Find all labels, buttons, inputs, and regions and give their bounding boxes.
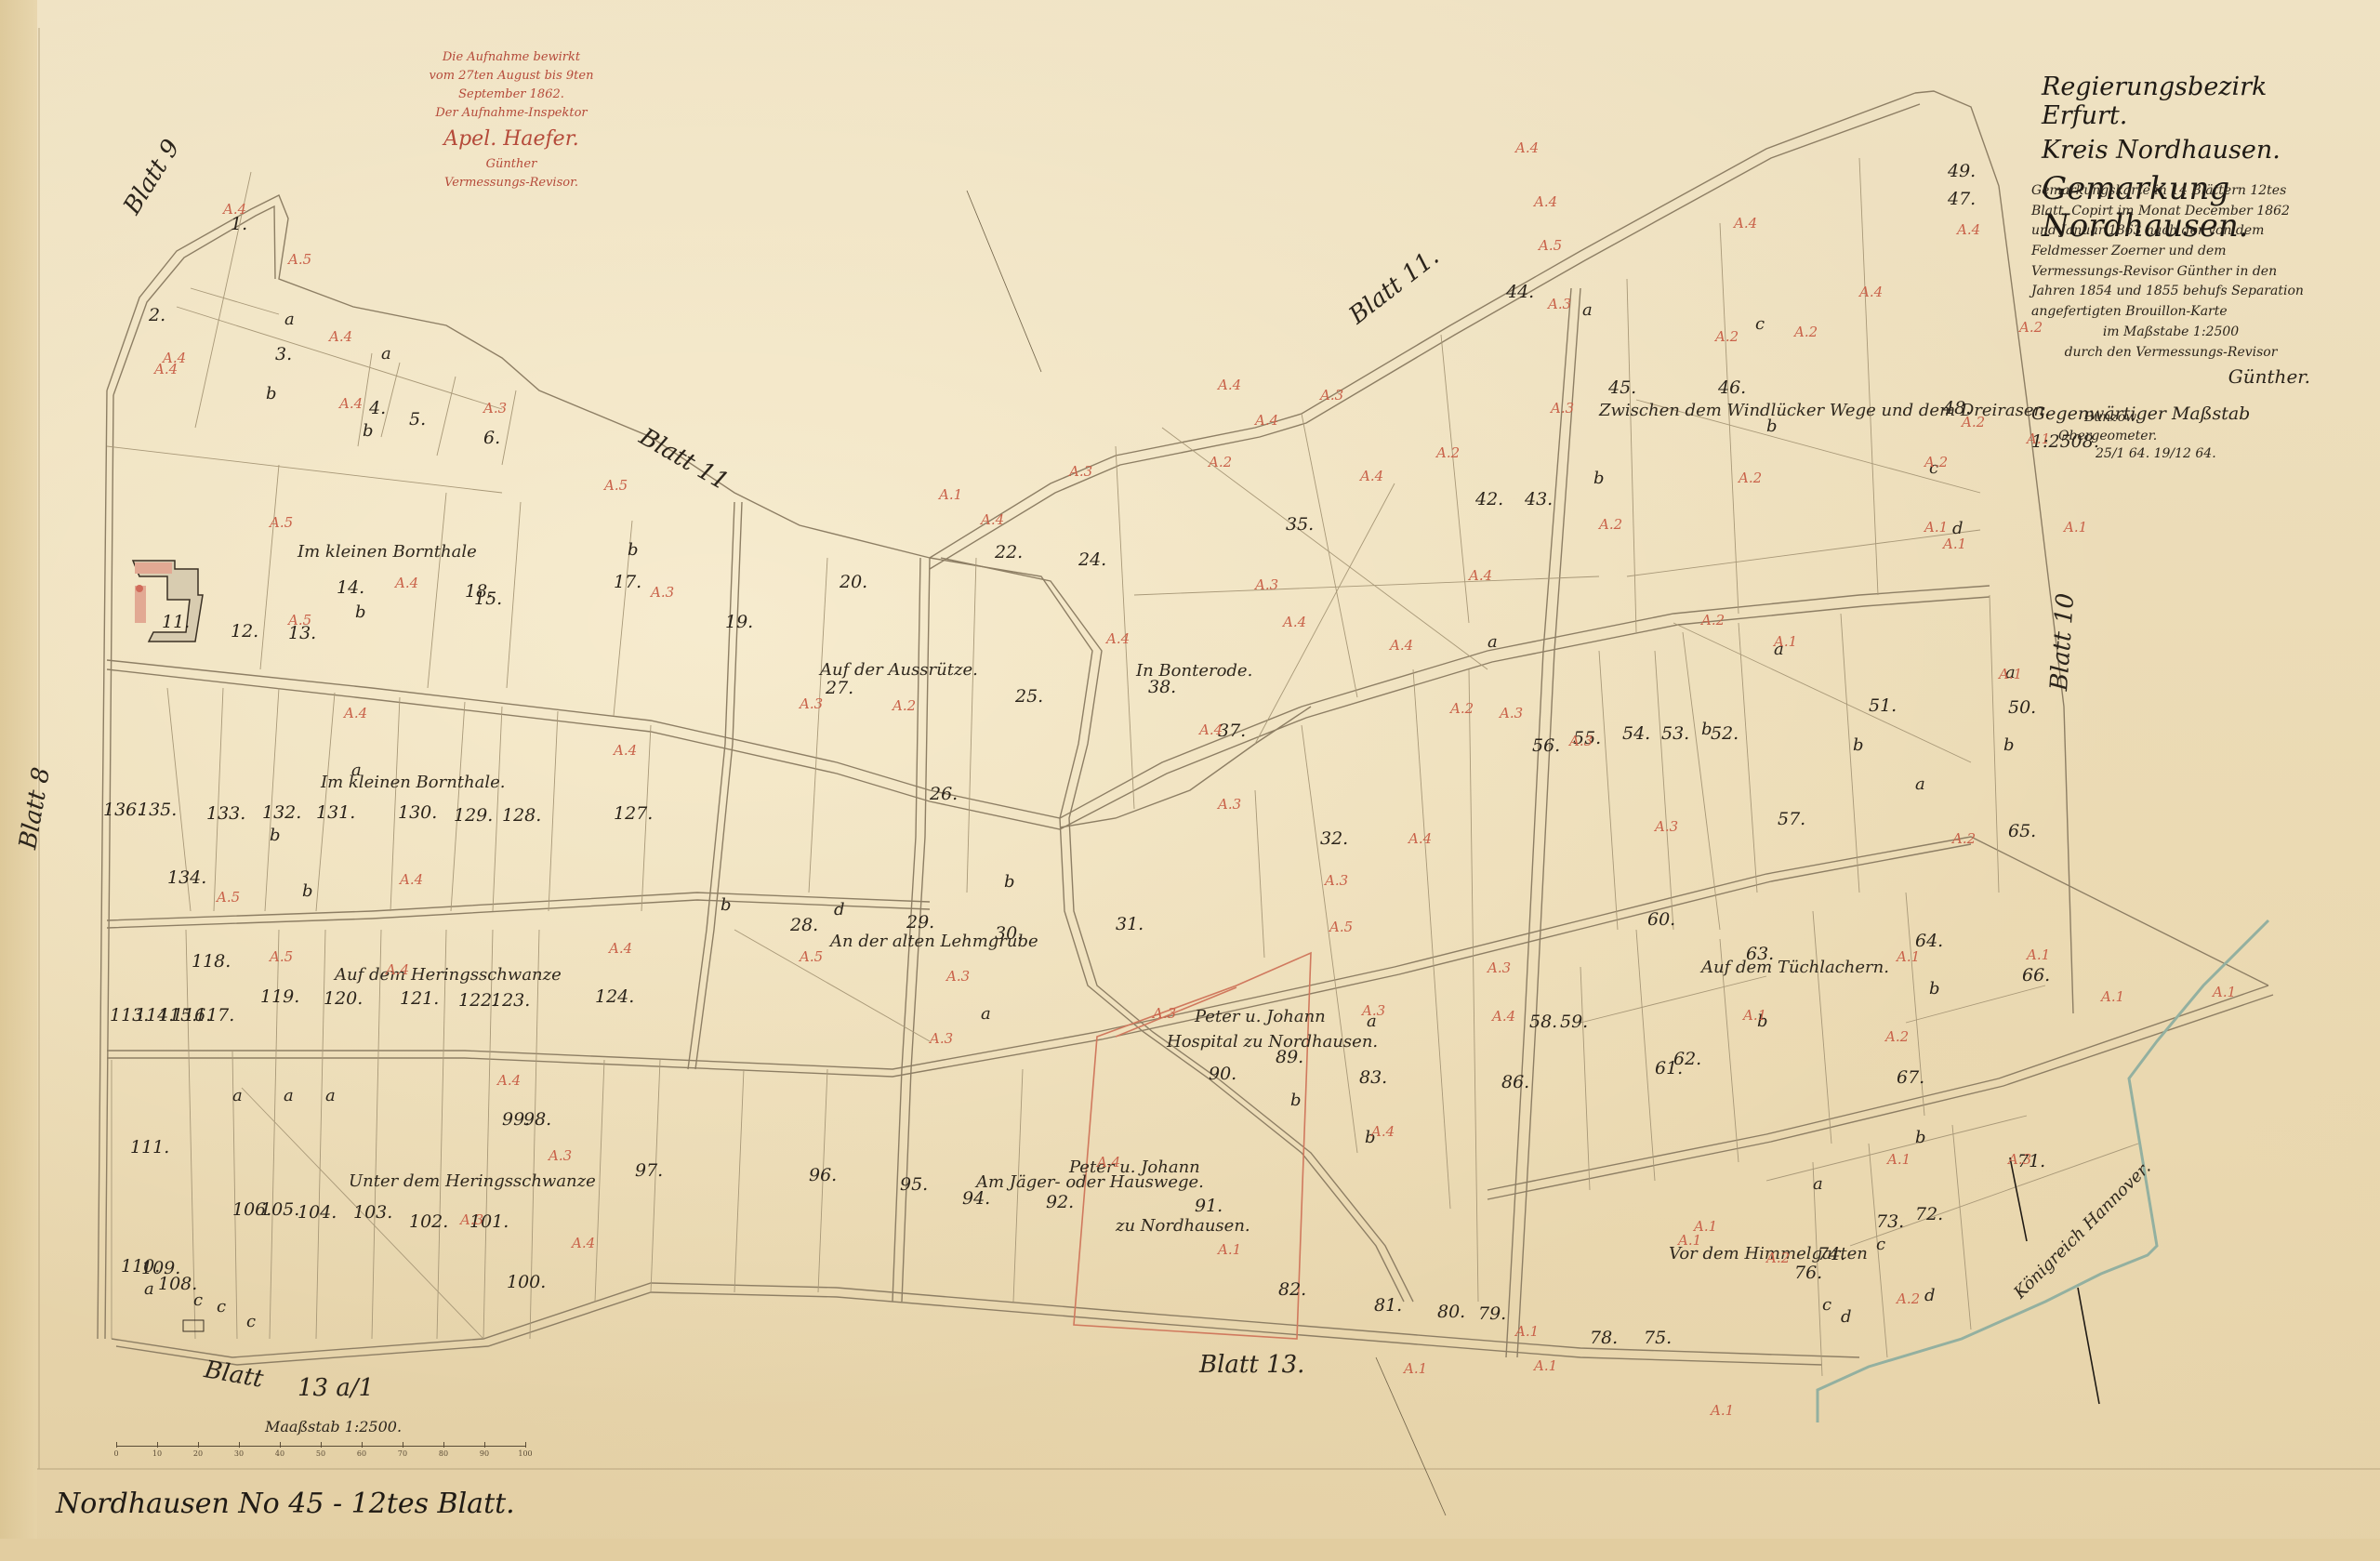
field-name-label: Auf der Aussrütze.: [820, 662, 978, 679]
parcel-number: 60.: [1647, 911, 1675, 929]
parcel-number: 81.: [1374, 1297, 1402, 1315]
parcel-number: 121.: [400, 990, 439, 1008]
parcel-number: 90.: [1209, 1065, 1236, 1083]
soil-class-mark: A.3: [1569, 734, 1593, 748]
parcel-number: 95.: [900, 1176, 928, 1194]
soil-class-mark: A.4: [609, 942, 632, 956]
parcel-subdivision-letter: b: [363, 423, 374, 440]
parcel-number: 52.: [1711, 725, 1739, 743]
soil-class-mark: A.3: [800, 697, 823, 711]
soil-class-mark: A.4: [1360, 470, 1383, 483]
parcel-number: 100.: [507, 1274, 546, 1291]
soil-class-mark: A.2: [1701, 614, 1725, 628]
parcel-number: 29.: [906, 914, 934, 932]
parcel-number: 49.: [1948, 163, 1976, 180]
parcel-number: 32.: [1320, 830, 1348, 848]
scale-tick-label: 60: [357, 1449, 366, 1458]
parcel-subdivision-letter: c: [1755, 316, 1765, 333]
soil-class-mark: A.2: [1599, 518, 1622, 532]
parcel-subdivision-letter: a: [1813, 1176, 1823, 1193]
parcel-number: 111.: [130, 1139, 169, 1157]
soil-class-mark: A.3: [549, 1149, 572, 1163]
scale-tick-label: 0: [113, 1449, 118, 1458]
parcel-number: 1.: [231, 216, 247, 233]
parcel-number: 43.: [1525, 491, 1553, 509]
soil-class-mark: A.3: [651, 586, 674, 600]
parcel-subdivision-letter: a: [351, 762, 362, 779]
soil-class-mark: A.4: [1492, 1010, 1515, 1024]
soil-class-mark: A.4: [400, 873, 423, 887]
notes-role: Obergeometer.: [2058, 428, 2216, 446]
soil-class-mark: A.4: [329, 330, 352, 344]
parcel-number: 96.: [809, 1167, 837, 1184]
parcel-number: 135.: [138, 801, 177, 819]
district-title: Regierungsbezirk Erfurt.: [2042, 73, 2320, 130]
parcel-subdivision-letter: b: [1593, 470, 1605, 487]
surveyor-signature: Günther.: [2031, 363, 2310, 391]
parcel-subdivision-letter: c: [1822, 1297, 1831, 1314]
parcel-number: 35.: [1286, 516, 1314, 534]
soil-class-mark: A.4: [1515, 141, 1539, 155]
parcel-number: 131.: [316, 804, 355, 822]
soil-class-mark: A.5: [270, 516, 293, 530]
soil-class-mark: A.1: [1774, 635, 1797, 649]
parcel-number: 136.: [103, 801, 142, 819]
parcel-number: 133.: [206, 805, 245, 823]
parcel-subdivision-letter: d: [834, 902, 845, 919]
soil-class-mark: A.3: [1548, 298, 1571, 311]
parcel-number: 62.: [1673, 1051, 1701, 1068]
parcel-subdivision-letter: c: [217, 1299, 226, 1316]
field-name-label: Im kleinen Bornthale: [297, 544, 477, 561]
scale-tick-label: 50: [316, 1449, 325, 1458]
soil-class-mark: A.4: [339, 397, 363, 411]
soil-class-mark: A.1: [1743, 1009, 1766, 1023]
parcel-number: 53.: [1661, 725, 1689, 743]
parcel-number: 56.: [1532, 737, 1560, 755]
stamp-line-1: Die Aufnahme bewirkt: [400, 48, 623, 67]
parcel-number: 4.: [369, 400, 386, 417]
parcel-number: 2.: [149, 307, 165, 324]
parcel-number: 106.: [232, 1201, 271, 1219]
soil-class-mark: A.4: [497, 1074, 521, 1088]
soil-class-mark: A.1: [2027, 948, 2050, 962]
stamp-line-2: vom 27ten August bis 9ten September 1862…: [400, 67, 623, 104]
neatline: [37, 28, 2380, 1469]
field-name-label: Am Jäger- oder Hauswege.: [976, 1174, 1204, 1191]
parcel-number: 31.: [1116, 916, 1144, 933]
parcel-subdivision-letter: a: [1915, 776, 1925, 793]
parcel-number: 102.: [409, 1213, 448, 1231]
parcel-number: 6.: [483, 430, 500, 447]
soil-class-mark: A.4: [223, 203, 246, 217]
soil-class-mark: A.1: [939, 488, 962, 502]
scale-tick-label: 20: [193, 1449, 203, 1458]
soil-class-mark: A.2: [1766, 1251, 1790, 1265]
scale-caption: Maaßstab 1:2500.: [265, 1418, 402, 1435]
soil-class-mark: A.2: [1794, 325, 1818, 339]
soil-class-mark: A.4: [386, 963, 409, 977]
parcel-number: 103.: [353, 1204, 392, 1222]
soil-class-mark: A.1: [1711, 1404, 1734, 1418]
soil-class-mark: A.3: [2008, 1153, 2031, 1167]
soil-class-mark: A.2: [1436, 446, 1460, 460]
parcel-number: 27.: [826, 680, 853, 697]
road-south-east: [1487, 986, 2268, 1190]
soil-class-mark: A.3: [483, 402, 507, 416]
stamp-line-6: Vermessungs-Revisor.: [400, 174, 623, 192]
scale-tick: [116, 1442, 117, 1448]
scale-tick-label: 40: [275, 1449, 284, 1458]
parcel-number: 14.: [337, 579, 364, 597]
soil-class-mark: A.2: [1885, 1030, 1909, 1044]
parcel-number: 82.: [1278, 1281, 1306, 1299]
parcel-subdivision-letter: a: [325, 1088, 336, 1105]
soil-class-mark: A.4: [1957, 223, 1980, 237]
notes-dates: 25/1 64. 19/12 64.: [2058, 445, 2216, 464]
parcel-number: 25.: [1015, 688, 1043, 706]
soil-class-mark: A.5: [800, 950, 823, 964]
soil-class-mark: A.4: [344, 707, 367, 721]
parcel-number: 45.: [1608, 379, 1636, 397]
parcel-number: 83.: [1359, 1069, 1387, 1087]
scale-tick: [321, 1442, 322, 1448]
parcel-number: 42.: [1475, 491, 1503, 509]
soil-class-mark: A.5: [217, 891, 240, 905]
parcel-number: 47.: [1948, 191, 1976, 208]
parcel-subdivision-letter: a: [381, 346, 391, 363]
soil-class-mark: A.1: [2213, 986, 2236, 999]
scale-tick: [484, 1442, 485, 1448]
soil-class-mark: A.4: [572, 1237, 595, 1250]
parcel-number: 17.: [614, 574, 641, 591]
scale-tick: [362, 1442, 363, 1448]
soil-class-mark: A.3: [1500, 707, 1523, 721]
parcel-subdivision-letter: a: [284, 1088, 294, 1105]
soil-class-mark: A.1: [2101, 990, 2124, 1004]
soil-class-mark: A.3: [930, 1032, 953, 1046]
water-boundary: [1818, 920, 2268, 1422]
parcel-number: 65.: [2008, 823, 2036, 840]
soil-class-mark: A.4: [1255, 414, 1278, 428]
description-text: Gemarkungskarte in 14 Blättern 12tes Bla…: [2031, 183, 2304, 319]
soil-class-mark: A.3: [1153, 1007, 1176, 1021]
scale-tick-label: 100: [518, 1449, 532, 1458]
parcel-number: 38.: [1148, 679, 1176, 696]
soil-class-mark: A.2: [1897, 1292, 1920, 1306]
stamp-line-3: Der Aufnahme-Inspektor: [400, 104, 623, 123]
parcel-subdivision-letter: a: [284, 311, 295, 328]
parcel-number: 129.: [454, 807, 493, 825]
parcel-number: 18.: [465, 583, 493, 601]
soil-class-mark: A.4: [1859, 285, 1883, 299]
parcel-subdivision-letter: c: [193, 1292, 203, 1309]
parcel-subdivision-letter: a: [1582, 302, 1593, 319]
scale-tick-label: 30: [234, 1449, 244, 1458]
soil-class-mark: A.1: [2064, 521, 2087, 535]
soil-class-mark: A.5: [288, 253, 311, 267]
survey-certification: Die Aufnahme bewirkt vom 27ten August bi…: [400, 48, 623, 192]
parcel-number: 12.: [231, 623, 258, 641]
soil-class-mark: A.4: [1218, 378, 1241, 392]
soil-class-mark: A.1: [1999, 668, 2022, 681]
notes-name: Bunzow.: [2058, 409, 2216, 428]
parcel-number: 91.: [1195, 1197, 1223, 1215]
parcel-subdivision-letter: b: [2003, 737, 2015, 754]
soil-class-mark: A.5: [288, 614, 311, 628]
soil-class-mark: A.1: [1943, 537, 1966, 551]
soil-class-mark: A.1: [1924, 521, 1948, 535]
parcel-subdivision-letter: b: [1701, 721, 1712, 738]
soil-class-mark: A.3: [1325, 874, 1348, 888]
parcel-number: 76.: [1794, 1264, 1822, 1282]
parcel-number: 24.: [1078, 551, 1106, 569]
soil-class-mark: A.4: [1534, 195, 1557, 209]
road-west-vertical: [98, 390, 107, 1339]
parcel-subdivision-letter: d: [1841, 1309, 1852, 1326]
parcel-number: 66.: [2022, 967, 2050, 985]
parcel-number: 94.: [962, 1190, 990, 1208]
parcel-number: 127.: [614, 805, 653, 823]
parcel-number: 3.: [275, 346, 292, 364]
scale-tick: [525, 1442, 526, 1448]
parcel-number: 128.: [502, 807, 541, 825]
scale-tick: [198, 1442, 199, 1448]
scale-tick: [403, 1442, 403, 1448]
parcel-number: 79.: [1478, 1305, 1506, 1323]
parcel-number: 120.: [324, 990, 363, 1008]
scale-tick: [443, 1442, 444, 1448]
parcel-number: 28.: [790, 917, 818, 934]
parcel-subdivision-letter: b: [721, 897, 732, 914]
parcel-number: 46.: [1718, 379, 1746, 397]
meridian-line: [967, 191, 1446, 1515]
parcel-subdivision-letter: a: [1487, 634, 1498, 651]
parcel-subdivision-letter: b: [628, 542, 639, 559]
parcel-number: 134.: [167, 869, 206, 887]
soil-class-mark: A.2: [1715, 330, 1739, 344]
soil-class-mark: A.4: [163, 351, 186, 365]
scale-tick: [239, 1442, 240, 1448]
parcel-number: 75.: [1644, 1329, 1672, 1347]
soil-class-mark: A.3: [1069, 465, 1092, 479]
parcel-number: 19.: [725, 614, 753, 631]
soil-class-mark: A.5: [1329, 920, 1353, 934]
soil-class-mark: A.1: [1218, 1243, 1241, 1257]
parcel-subdivision-letter: b: [1853, 737, 1864, 754]
scale-tick-label: 90: [480, 1449, 489, 1458]
parcel-number: 63.: [1746, 946, 1774, 963]
parcel-number: 89.: [1276, 1049, 1303, 1066]
parcel-number: 124.: [595, 988, 634, 1006]
soil-class-mark: A.2: [1952, 832, 1976, 846]
parcel-subdivision-letter: b: [1915, 1130, 1926, 1146]
parcel-subdivision-letter: b: [1004, 874, 1015, 891]
soil-class-mark: A.5: [270, 950, 293, 964]
soil-class-mark: A.4: [1199, 723, 1223, 737]
parcel-number: 57.: [1778, 811, 1805, 828]
county-title: Kreis Nordhausen.: [2042, 136, 2320, 165]
scale-tick-label: 80: [439, 1449, 448, 1458]
parcel-subdivision-letter: b: [270, 827, 281, 844]
parcel-number: 99.: [502, 1111, 530, 1129]
parcel-number: 26.: [930, 786, 958, 803]
scale-tick-label: 70: [398, 1449, 407, 1458]
road-north-west: [107, 195, 930, 558]
field-name-label: Auf dem Tüchlachern.: [1701, 959, 1889, 976]
adjacent-sheet-label: Blatt 10: [2047, 592, 2078, 692]
parcel-number: 44.: [1506, 284, 1534, 301]
road-mid-vertical: [688, 502, 734, 1069]
scale-line: im Maßstabe 1:2500: [2031, 323, 2310, 343]
scale-tick: [280, 1442, 281, 1448]
stamp-line-5: Günther: [400, 155, 623, 174]
soil-class-mark: A.4: [1283, 615, 1306, 629]
road-east-vertical: [1506, 288, 1571, 1357]
soil-class-mark: A.4: [981, 513, 1004, 527]
soil-class-mark: A.4: [395, 576, 418, 590]
soil-class-mark: A.2: [1924, 456, 1948, 470]
parcel-number: 73.: [1876, 1213, 1904, 1231]
field-name-label: Im kleinen Bornthale.: [321, 774, 505, 791]
soil-class-mark: A.4: [1097, 1156, 1120, 1170]
parcel-number: 86.: [1501, 1074, 1529, 1091]
parcel-number: 22.: [995, 544, 1023, 562]
parcel-subdivision-letter: b: [302, 883, 313, 900]
parcel-subdivision-letter: b: [1929, 981, 1940, 998]
soil-class-mark: A.2: [1962, 416, 1985, 430]
parcel-number: 50.: [2008, 699, 2036, 717]
soil-class-mark: A.3: [1655, 820, 1678, 834]
soil-class-mark: A.3: [1487, 961, 1511, 975]
soil-class-mark: A.1: [1534, 1359, 1557, 1373]
parcel-number: 59.: [1560, 1013, 1588, 1031]
parcel-number: 74.: [1818, 1246, 1845, 1263]
stamp-signature: Apel. Haefer.: [400, 124, 623, 155]
soil-class-mark: A.3: [1362, 1004, 1385, 1018]
parcel-number: 104.: [297, 1204, 337, 1222]
parcel-subdivision-letter: d: [1924, 1288, 1936, 1304]
soil-class-mark: A.4: [1408, 832, 1432, 846]
parcel-subdivision-letter: b: [266, 386, 277, 403]
parcel-number: 110.: [121, 1258, 160, 1276]
sheet-title: Nordhausen No 45 - 12tes Blatt.: [56, 1488, 515, 1520]
soil-class-mark: A.1: [1887, 1153, 1911, 1167]
parcel-number: 20.: [840, 574, 867, 591]
soil-class-mark: A.4: [1106, 632, 1130, 646]
soil-class-mark: A.5: [604, 479, 628, 493]
adjacent-sheet-label: 13 a/1: [297, 1376, 374, 1400]
soil-class-mark: A.3: [1255, 578, 1278, 592]
parcel-number: 54.: [1622, 725, 1650, 743]
by-line: durch den Vermessungs-Revisor: [2031, 343, 2310, 364]
revision-notes: Bunzow. Obergeometer. 25/1 64. 19/12 64.: [2058, 409, 2216, 464]
soil-class-mark: A.1: [1897, 950, 1920, 964]
parcel-subdivision-letter: b: [1766, 418, 1778, 435]
parcel-number: 30.: [995, 925, 1023, 943]
soil-class-mark: A.2: [892, 699, 916, 713]
parcel-subdivision-letter: c: [1876, 1237, 1885, 1253]
scale-tick-label: 10: [152, 1449, 162, 1458]
parcel-number: 51.: [1869, 697, 1897, 715]
soil-class-mark: A.3: [1320, 389, 1343, 403]
parcel-number: 72.: [1915, 1206, 1943, 1224]
parcel-number: 119.: [260, 988, 299, 1006]
soil-class-mark: A.5: [1539, 239, 1562, 253]
soil-class-mark: A.2: [1450, 702, 1474, 716]
soil-class-mark: A.3: [1551, 402, 1574, 416]
soil-class-mark: A.1: [1515, 1325, 1539, 1339]
soil-class-mark: A.3: [1218, 798, 1241, 812]
parcel-number: 130.: [398, 804, 437, 822]
parcel-number: 67.: [1897, 1069, 1924, 1087]
soil-class-mark: A.1: [1678, 1234, 1701, 1248]
field-name-label: Auf dem Heringsschwanze: [335, 967, 562, 984]
soil-class-mark: A.4: [1390, 639, 1413, 653]
soil-class-mark: A.1: [1404, 1362, 1427, 1376]
field-name-label: Hospital zu Nordhausen.: [1167, 1034, 1378, 1051]
parcel-number: 132.: [262, 804, 301, 822]
field-name-label: Unter dem Heringsschwanze: [349, 1173, 596, 1190]
scale-tick: [157, 1442, 158, 1448]
soil-class-mark: A.4: [614, 744, 637, 758]
parcel-number: 118.: [192, 953, 231, 971]
parcel-number: 117.: [195, 1007, 234, 1025]
soil-class-mark: A.2: [1739, 471, 1762, 485]
soil-class-mark: A.4: [1734, 217, 1757, 231]
soil-class-mark: A.2: [1209, 456, 1232, 470]
parcel-subdivision-letter: b: [355, 604, 366, 621]
road-blatt-11: [930, 93, 1915, 558]
parcel-number: 123.: [491, 992, 530, 1010]
parcel-boundaries: [107, 158, 2138, 1376]
field-name-label: Peter u. Johann: [1195, 1009, 1326, 1025]
parcel-subdivision-letter: a: [981, 1006, 991, 1023]
parcel-number: 58.: [1529, 1013, 1557, 1031]
parcel-subdivision-letter: a: [232, 1088, 243, 1105]
soil-class-mark: A.3: [460, 1213, 483, 1227]
parcel-number: 92.: [1046, 1194, 1074, 1211]
soil-class-mark: A.4: [1469, 569, 1492, 583]
parcel-subdivision-letter: c: [246, 1314, 256, 1330]
parcel-number: 78.: [1590, 1329, 1618, 1347]
soil-class-mark: A.3: [946, 970, 970, 984]
parcel-number: 97.: [635, 1162, 663, 1180]
parcel-subdivision-letter: b: [1290, 1092, 1302, 1109]
parcel-subdivision-letter: a: [144, 1281, 154, 1298]
parcel-number: 11.: [162, 614, 190, 631]
soil-class-mark: A.4: [1371, 1125, 1395, 1139]
adjacent-sheet-label: Blatt 13.: [1199, 1353, 1304, 1377]
parcel-number: 80.: [1437, 1303, 1465, 1321]
field-name-label: zu Nordhausen.: [1116, 1218, 1250, 1235]
parcel-number: 5.: [409, 411, 426, 429]
